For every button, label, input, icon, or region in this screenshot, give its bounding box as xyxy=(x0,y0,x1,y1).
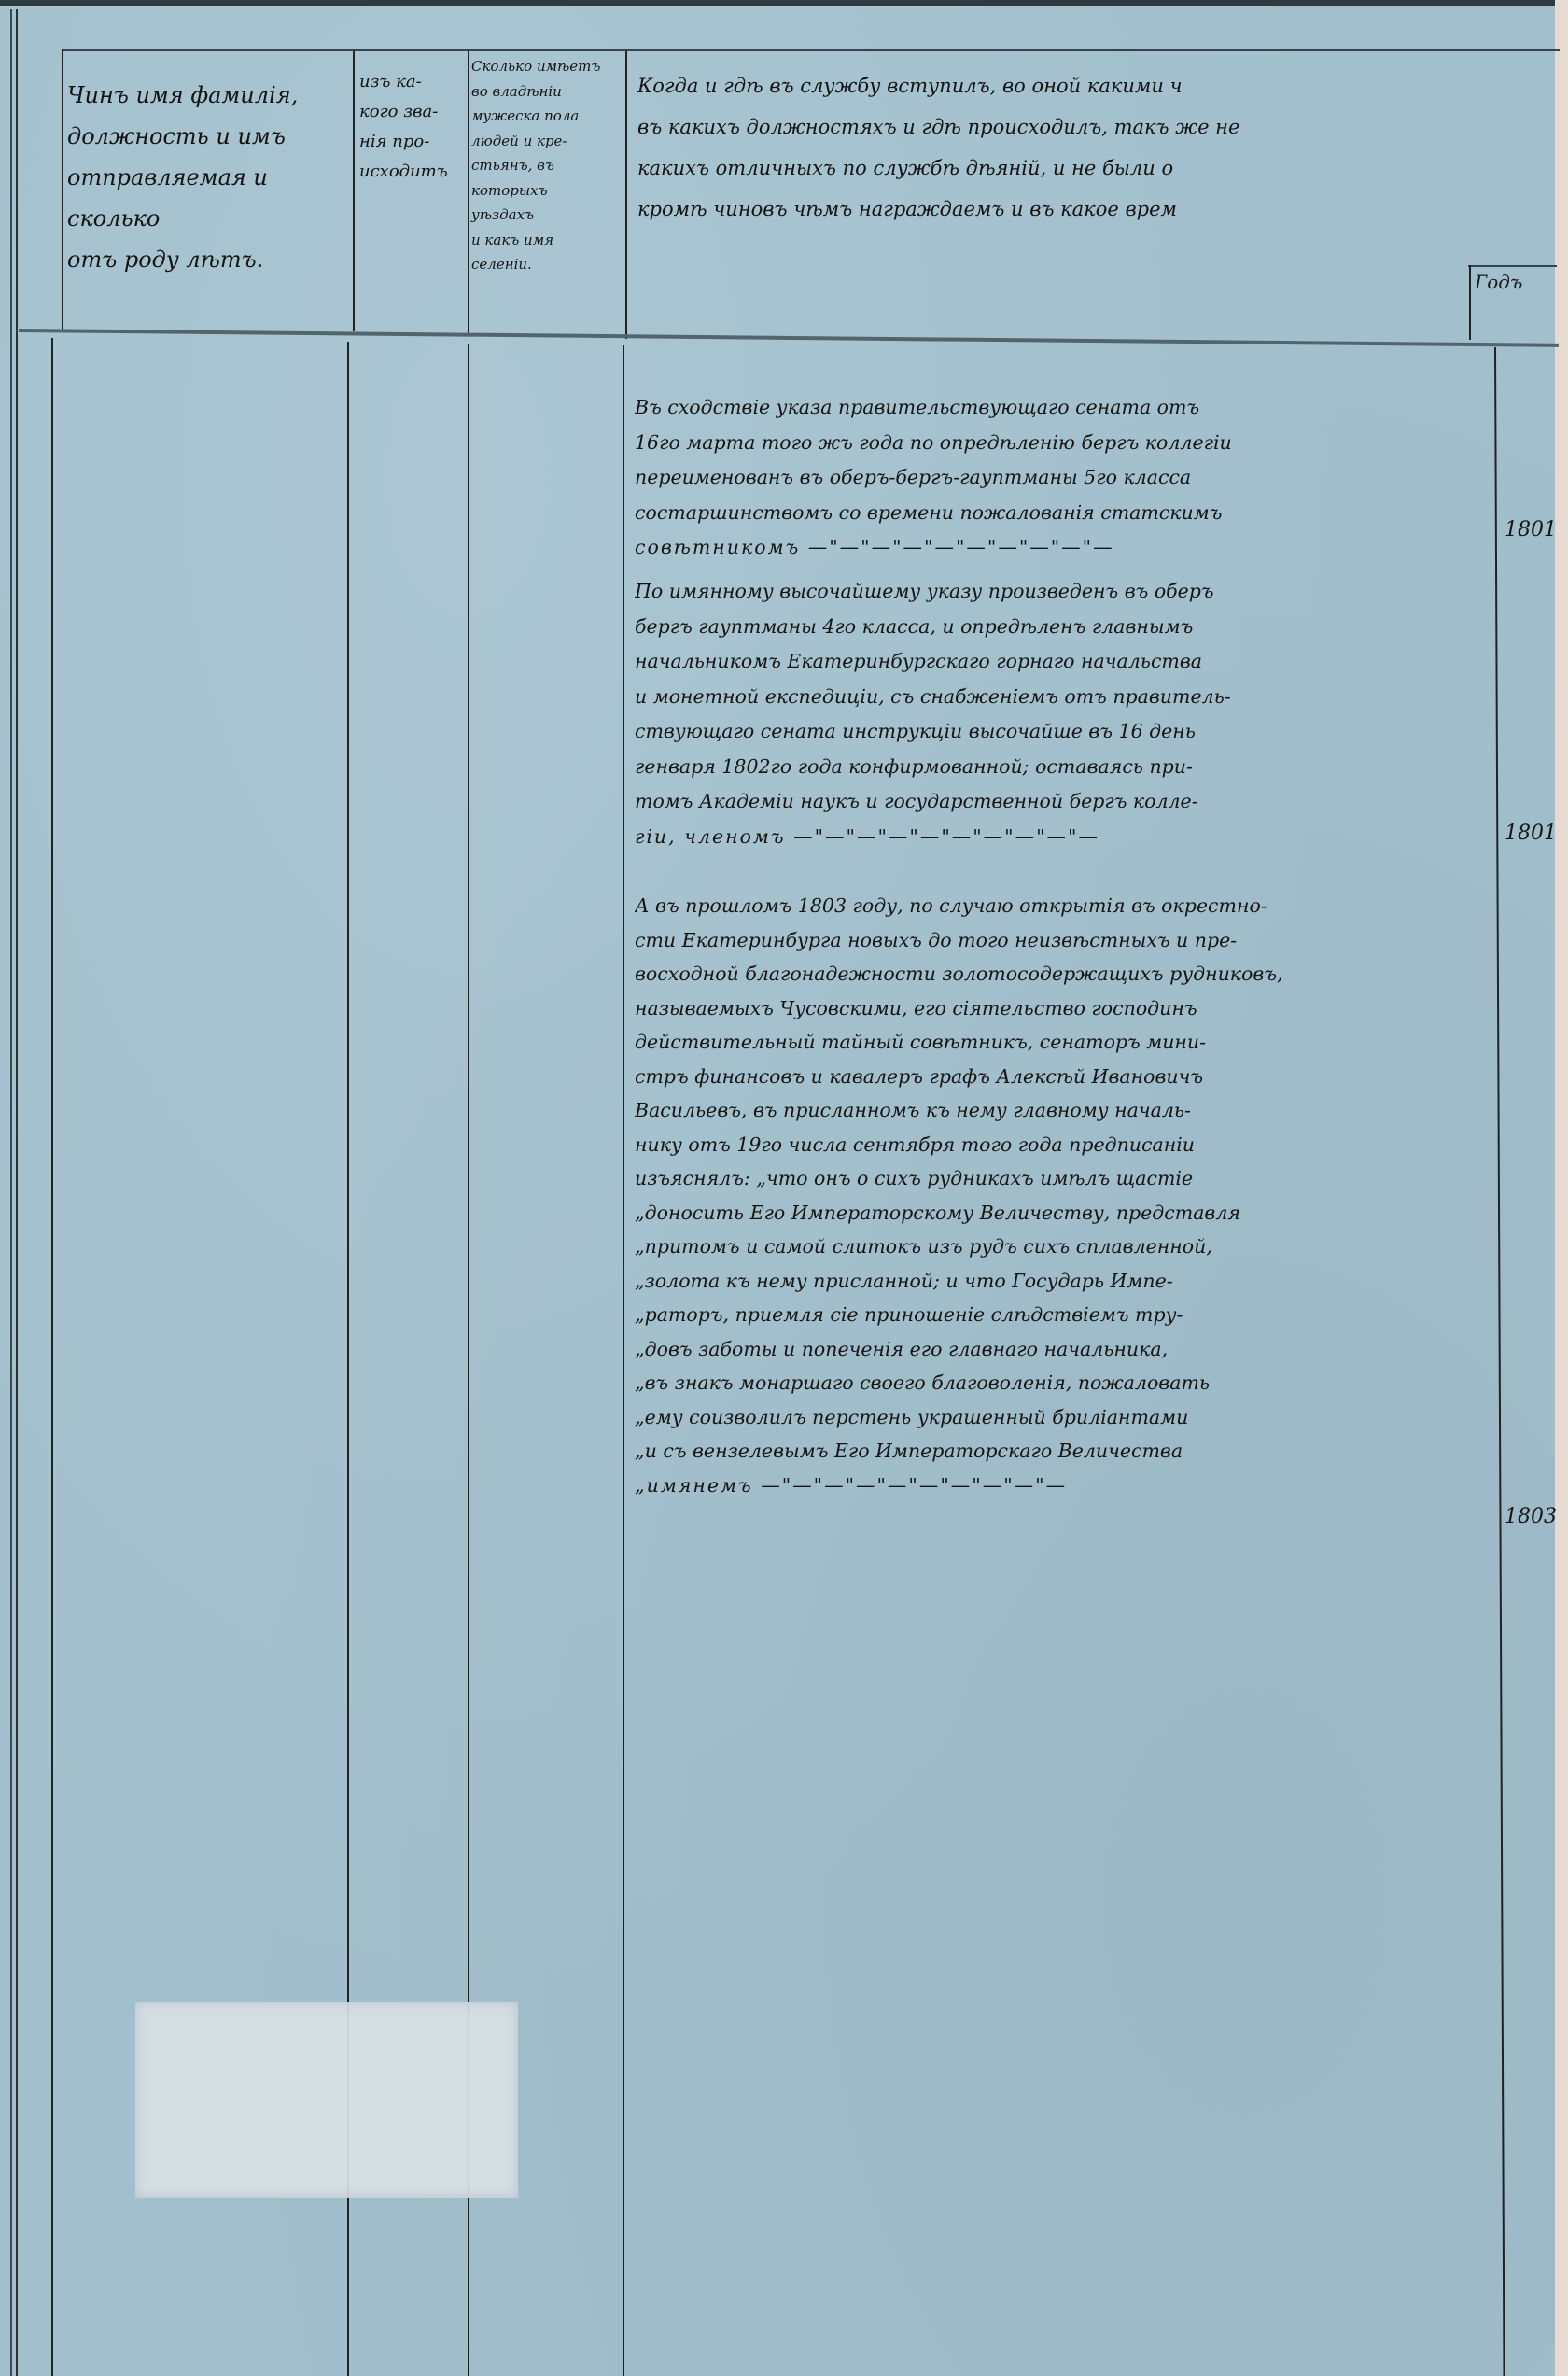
entry-line: „довъ заботы и попеченія его главнаго на… xyxy=(635,1332,1498,1367)
entry-line: „и съ вензелевымъ Его Императорскаго Вел… xyxy=(635,1434,1498,1469)
entry-line: состаршинствомъ со времени пожалованія с… xyxy=(635,496,1498,531)
years-header-left xyxy=(1469,265,1471,340)
service-entry: По имянному высочайшему указу произведен… xyxy=(635,574,1498,854)
entry-line: „притомъ и самой слитокъ изъ рудъ сихъ с… xyxy=(635,1230,1498,1264)
header-estates-line: и какъ имя xyxy=(471,228,625,253)
header-service-line: какихъ отличныхъ по службѣ дѣяній, и не … xyxy=(637,148,1561,189)
header-estates-line: селеніи. xyxy=(471,252,625,277)
entry-line: стръ финансовъ и кавалеръ графъ Алексѣй … xyxy=(635,1060,1498,1094)
header-divider-2 xyxy=(468,51,469,336)
header-estates-line: мужеска пола xyxy=(471,104,625,129)
header-left-rule xyxy=(62,49,63,330)
entry-line: „золота къ нему присланной; и что Госуда… xyxy=(635,1264,1498,1299)
entry-year: 1801 xyxy=(1505,822,1557,845)
entry-line: Въ сходствіе указа правительствующаго се… xyxy=(635,390,1498,426)
header-origin-line: исходитъ xyxy=(359,157,467,187)
entry-line: сти Екатеринбурга новыхъ до того неизвѣс… xyxy=(635,923,1498,958)
paper-repair-patch xyxy=(135,2002,518,2198)
header-estates: Сколько имѣетъ во владѣніи мужеска пола … xyxy=(471,54,625,277)
header-rank-line: отправляемая и сколько xyxy=(67,157,347,239)
years-header-top xyxy=(1468,265,1557,267)
header-origin: изъ ка- кого зва- нія про- исходитъ xyxy=(359,67,467,187)
service-entry: Въ сходствіе указа правительствующаго се… xyxy=(635,390,1498,566)
entry-line: и монетной експедиціи, съ снабженіемъ от… xyxy=(635,680,1498,715)
entry-line: ствующаго сената инструкціи высочайше въ… xyxy=(635,714,1498,750)
entry-line: совѣтникомъ —"—"—"—"—"—"—"—"—"— xyxy=(635,530,1498,566)
entry-line: „доносить Его Императорскому Величеству,… xyxy=(635,1196,1498,1230)
header-estates-line: Сколько имѣетъ xyxy=(471,54,625,79)
entry-line: переименованъ въ оберъ-бергъ-гауптманы 5… xyxy=(635,460,1498,496)
entry-line: „ему соизволилъ перстень украшенный брил… xyxy=(635,1400,1498,1435)
entry-line: действительный тайный совѣтникъ, сенатор… xyxy=(635,1025,1498,1060)
entry-line: Васильевъ, въ присланномъ къ нему главно… xyxy=(635,1093,1498,1128)
page-top-edge xyxy=(0,0,1557,6)
header-origin-line: изъ ка- xyxy=(359,67,467,97)
entry-line: По имянному высочайшему указу произведен… xyxy=(635,574,1498,610)
header-service-history: Когда и гдѣ въ службу вступилъ, во оной … xyxy=(637,65,1561,230)
entry-line: гіи, членомъ —"—"—"—"—"—"—"—"—"— xyxy=(635,820,1498,855)
body-rule-1 xyxy=(51,338,53,2376)
page-right-edge xyxy=(1555,0,1568,2376)
header-estates-line: уѣздахъ xyxy=(471,203,625,228)
header-origin-line: нія про- xyxy=(359,127,467,157)
header-rank-line: отъ роду лѣтъ. xyxy=(67,239,347,280)
entry-line: „раторъ, приемля сіе приношеніе слѣдстві… xyxy=(635,1298,1498,1332)
entry-line: томъ Академіи наукъ и государственной бе… xyxy=(635,784,1498,820)
header-service-line: Когда и гдѣ въ службу вступилъ, во оной … xyxy=(637,65,1561,106)
entry-line: восходной благонадежности золотосодержащ… xyxy=(635,957,1498,991)
entry-line: изъяснялъ: „что онъ о сихъ рудникахъ имѣ… xyxy=(635,1161,1498,1196)
years-column-header: Годъ xyxy=(1475,271,1522,293)
entry-year: 1801 xyxy=(1505,518,1557,541)
body-rule-4 xyxy=(623,345,624,2376)
entry-line: А въ прошломъ 1803 году, по случаю откры… xyxy=(635,889,1498,923)
header-estates-line: во владѣніи xyxy=(471,79,625,105)
header-estates-line: людей и кре- xyxy=(471,129,625,154)
header-service-line: въ какихъ должностяхъ и гдѣ происходилъ,… xyxy=(637,106,1561,148)
header-divider-1 xyxy=(353,51,355,331)
entry-line: бергъ гауптманы 4го класса, и опредѣленъ… xyxy=(635,610,1498,645)
outer-border-left-inner xyxy=(16,9,18,2376)
service-entry: А въ прошломъ 1803 году, по случаю откры… xyxy=(635,889,1498,1502)
entry-line: 16го марта того жъ года по опредѣленію б… xyxy=(635,426,1498,461)
entry-line: называемыхъ Чусовскими, его сіятельство … xyxy=(635,991,1498,1026)
entry-line: нику отъ 19го числа сентября того года п… xyxy=(635,1128,1498,1162)
header-origin-line: кого зва- xyxy=(359,97,467,127)
header-estates-line: которыхъ xyxy=(471,178,625,204)
entry-line: „имянемъ —"—"—"—"—"—"—"—"—"— xyxy=(635,1469,1498,1503)
entry-year: 1803 xyxy=(1505,1505,1557,1528)
header-divider-3 xyxy=(625,51,627,339)
entry-line: генваря 1802го года конфирмованной; оста… xyxy=(635,750,1498,785)
entry-line: „въ знакъ монаршаго своего благоволенія,… xyxy=(635,1366,1498,1400)
header-rank-line: должность и имъ xyxy=(67,116,347,157)
header-top-rule xyxy=(62,49,1560,51)
header-rank-line: Чинъ имя фамилія, xyxy=(67,75,347,116)
outer-border-left xyxy=(10,9,12,2376)
header-service-line: кромѣ чиновъ чѣмъ награждаемъ и въ какое… xyxy=(637,189,1561,230)
header-rank-name: Чинъ имя фамилія, должность и имъ отправ… xyxy=(67,75,347,280)
header-estates-line: стьянъ, въ xyxy=(471,153,625,178)
entry-line: начальникомъ Екатеринбургскаго горнаго н… xyxy=(635,644,1498,680)
